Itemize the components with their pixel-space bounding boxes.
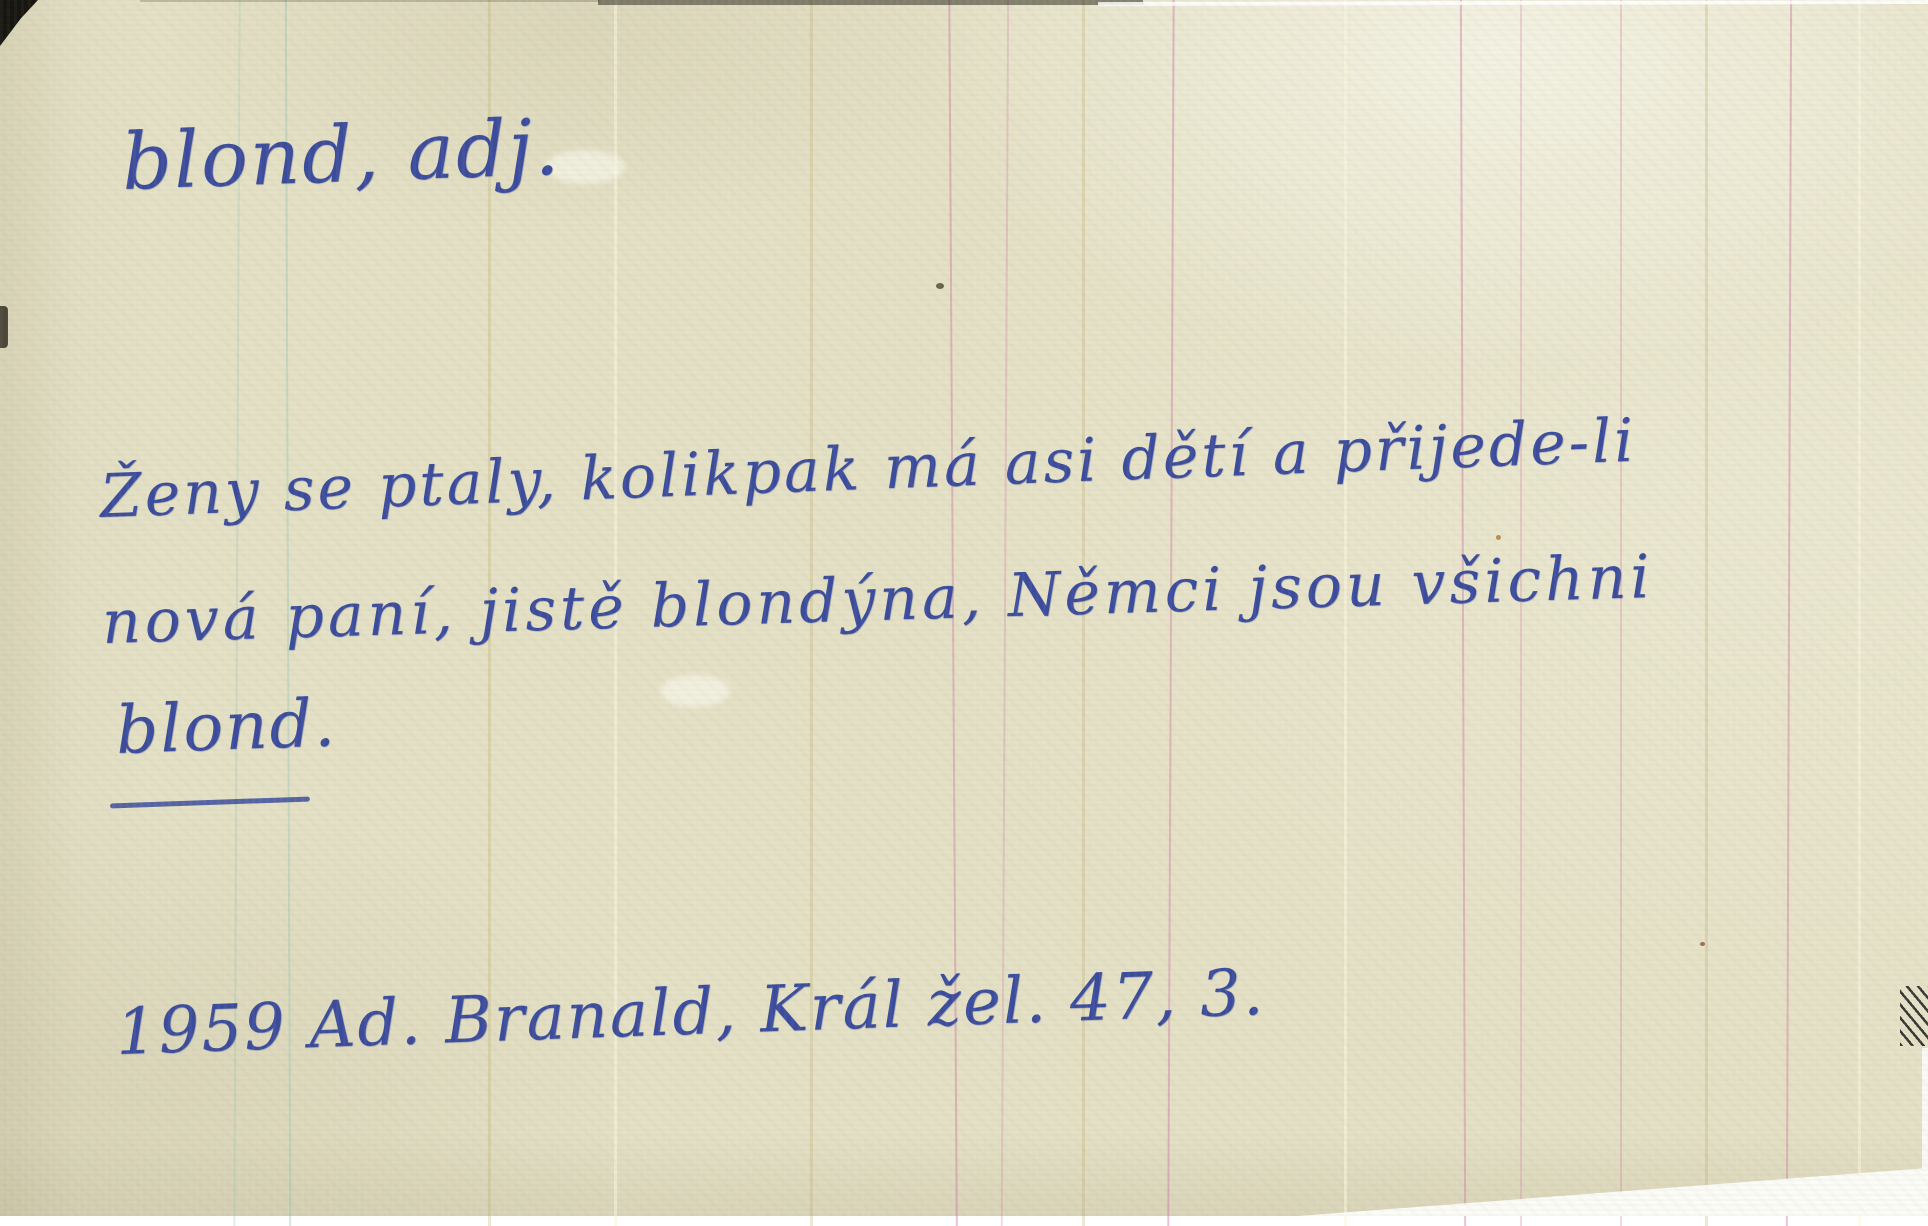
quote-line-1: Ženy se ptaly, kolikpak má asi dětí a př… [99, 406, 1638, 532]
headword-underline [110, 797, 310, 809]
scan-top-sliver [1098, 0, 1928, 6]
headword-text: blond, adj. [120, 103, 562, 208]
index-card: blond, adj. Ženy se ptaly, kolikpak má a… [0, 0, 1928, 1216]
ruled-line-pink [1786, 0, 1792, 1216]
scan-edge-mark [0, 306, 8, 348]
scan-top-edge [140, 0, 600, 2]
paper-speck [1700, 942, 1705, 946]
ruled-line-tan [1705, 0, 1708, 1216]
paper-speck [1496, 535, 1501, 540]
ruled-line-light [1858, 0, 1861, 1216]
quote-line-2: nová paní, jistě blondýna, Němci jsou vš… [101, 542, 1655, 658]
paper-speck [936, 283, 944, 289]
scan-top-edge [598, 0, 1143, 5]
scan-corner-mark [0, 0, 38, 46]
paper-blotch [660, 675, 730, 707]
quote-line-3: blond. [115, 684, 338, 769]
scan-edge-hatch-marks [1900, 986, 1928, 1046]
